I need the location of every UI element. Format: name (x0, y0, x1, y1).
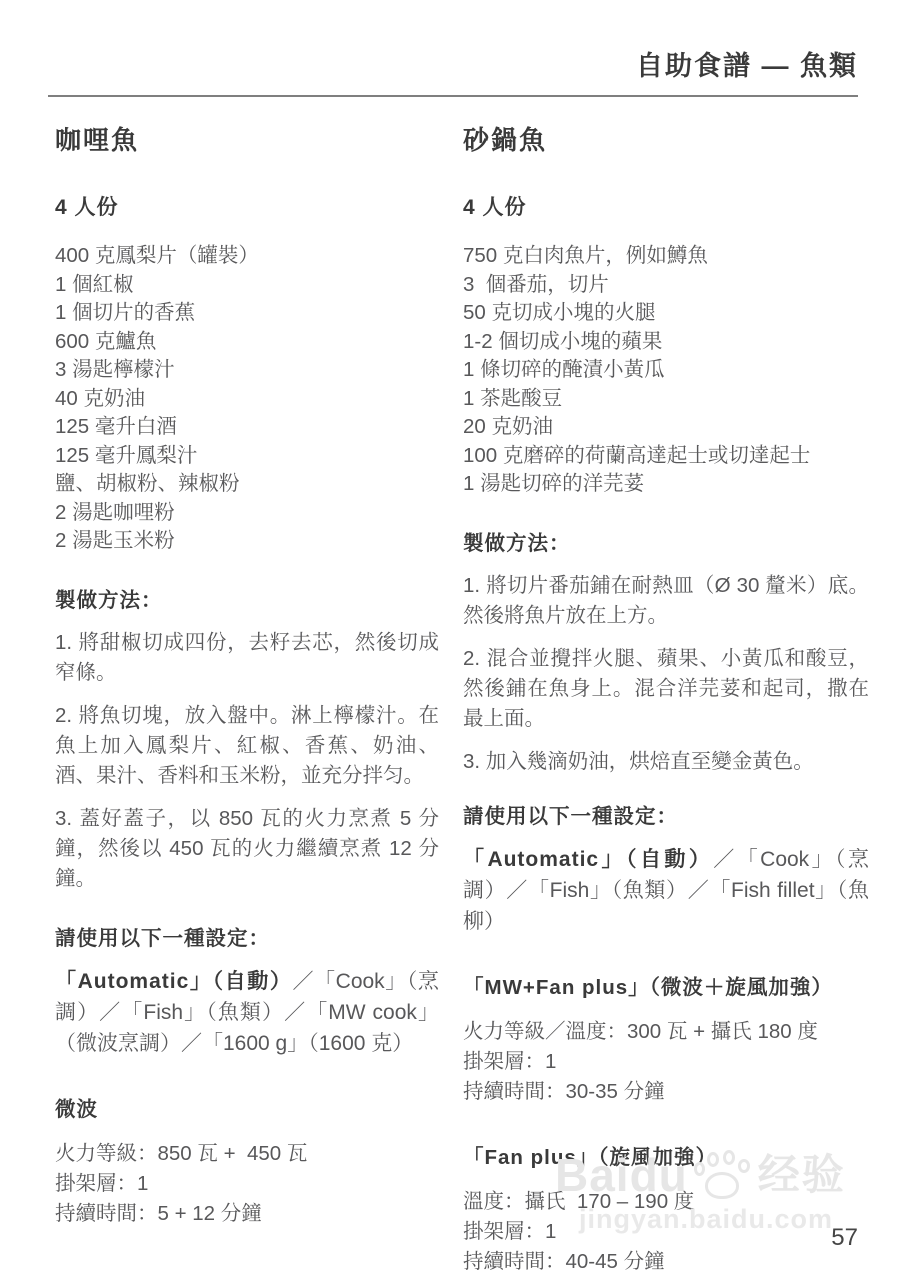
recipe-curry-fish: 咖哩魚 4 人份 400 克鳳梨片（罐裝）1 個紅椒1 個切片的香蕉600 克鱸… (55, 112, 439, 1277)
microwave-heading: 微波 (55, 1092, 439, 1122)
microwave-specs: 火力等級：850 瓦 + 450 瓦掛架層：1持續時間：5 + 12 分鐘 (55, 1139, 439, 1229)
method-step: 2. 將魚切塊，放入盤中。淋上檸檬汁。在魚上加入鳳梨片、紅椒、香蕉、奶油、酒、果… (55, 701, 439, 791)
method-step: 3. 蓋好蓋子，以 850 瓦的火力烹煮 5 分鐘，然後以 450 瓦的火力繼續… (55, 804, 439, 894)
mode-specs-mw-fan-plus: 火力等級／溫度：300 瓦 + 攝氏 180 度掛架層：1持續時間：30-35 … (463, 1017, 869, 1107)
method-step: 1. 將切片番茄鋪在耐熱皿（Ø 30 釐米）底。然後將魚片放在上方。 (463, 571, 869, 631)
watermark-url: jingyan.baidu.com (555, 1204, 875, 1235)
ingredient-line: 600 克鱸魚 (55, 328, 439, 357)
watermark-brand-text: Baidu (555, 1148, 688, 1202)
method-heading-left: 製做方法： (55, 583, 439, 613)
ingredient-line: 400 克鳳梨片（罐裝） (55, 242, 439, 271)
ingredient-line: 2 湯匙玉米粉 (55, 527, 439, 556)
recipe-title-left: 咖哩魚 (55, 120, 439, 157)
ingredient-list-left: 400 克鳳梨片（罐裝）1 個紅椒1 個切片的香蕉600 克鱸魚3 湯匙檸檬汁4… (55, 242, 439, 556)
ingredient-list-right: 750 克白肉魚片，例如鱒魚3 個番茄，切片50 克切成小塊的火腿1-2 個切成… (463, 242, 869, 499)
method-heading-right: 製做方法： (463, 526, 869, 556)
spec-line: 持續時間：30-35 分鐘 (463, 1077, 869, 1107)
servings-right: 4 人份 (463, 191, 869, 221)
ingredient-line: 125 毫升白酒 (55, 413, 439, 442)
ingredient-line: 2 湯匙咖哩粉 (55, 499, 439, 528)
mode-heading-mw-fan-plus: 「MW+Fan plus」（微波＋旋風加強） (463, 970, 869, 1000)
method-steps-right: 1. 將切片番茄鋪在耐熱皿（Ø 30 釐米）底。然後將魚片放在上方。2. 混合並… (463, 571, 869, 777)
spec-line: 持續時間：5 + 12 分鐘 (55, 1199, 439, 1229)
ingredient-line: 1 條切碎的醃漬小黃瓜 (463, 356, 869, 385)
ingredient-line: 750 克白肉魚片，例如鱒魚 (463, 242, 869, 271)
ingredient-line: 100 克磨碎的荷蘭高達起士或切達起士 (463, 442, 869, 471)
spec-line: 火力等級／溫度：300 瓦 + 攝氏 180 度 (463, 1017, 869, 1047)
recipe-title-right: 砂鍋魚 (463, 120, 869, 157)
recipe-page: 自助食譜 — 魚類 咖哩魚 4 人份 400 克鳳梨片（罐裝）1 個紅椒1 個切… (0, 0, 903, 1280)
settings-option-bold: 「Automatic」（自動） (55, 970, 292, 993)
recipe-casserole-fish: 砂鍋魚 4 人份 750 克白肉魚片，例如鱒魚3 個番茄，切片50 克切成小塊的… (463, 112, 869, 1277)
spec-line: 持續時間：40-45 分鐘 (463, 1247, 869, 1277)
ingredient-line: 3 個番茄，切片 (463, 271, 869, 300)
baidu-jingyan-watermark: Baidu 经验 jingyan.baidu.com (555, 1142, 875, 1235)
ingredient-line: 鹽、胡椒粉、辣椒粉 (55, 470, 439, 499)
ingredient-line: 20 克奶油 (463, 413, 869, 442)
spec-line: 掛架層：1 (463, 1047, 869, 1077)
spec-line: 火力等級：850 瓦 + 450 瓦 (55, 1139, 439, 1169)
method-steps-left: 1. 將甜椒切成四份，去籽去芯，然後切成窄條。2. 將魚切塊，放入盤中。淋上檸檬… (55, 628, 439, 894)
settings-options-left: 「Automatic」（自動）／「Cook」（烹調）／「Fish」（魚類）／「M… (55, 966, 439, 1059)
baidu-paw-icon (694, 1150, 752, 1202)
settings-heading-left: 請使用以下一種設定： (55, 921, 439, 951)
ingredient-line: 40 克奶油 (55, 385, 439, 414)
recipe-columns: 咖哩魚 4 人份 400 克鳳梨片（罐裝）1 個紅椒1 個切片的香蕉600 克鱸… (55, 112, 869, 1277)
spec-line: 掛架層：1 (55, 1169, 439, 1199)
ingredient-line: 1 個紅椒 (55, 271, 439, 300)
watermark-brand-cn: 经验 (758, 1142, 846, 1202)
ingredient-line: 1 湯匙切碎的洋芫荽 (463, 470, 869, 499)
method-step: 3. 加入幾滴奶油，烘焙直至變金黃色。 (463, 747, 869, 777)
settings-options-right: 「Automatic」（自動）／「Cook」（烹調）／「Fish」（魚類）／「F… (463, 844, 869, 937)
ingredient-line: 125 毫升鳳梨汁 (55, 442, 439, 471)
settings-heading-right: 請使用以下一種設定： (463, 799, 869, 829)
ingredient-line: 1-2 個切成小塊的蘋果 (463, 328, 869, 357)
method-step: 2. 混合並攪拌火腿、蘋果、小黃瓜和酸豆，然後鋪在魚身上。混合洋芫荽和起司，撒在… (463, 644, 869, 734)
ingredient-line: 50 克切成小塊的火腿 (463, 299, 869, 328)
ingredient-line: 1 茶匙酸豆 (463, 385, 869, 414)
settings-option-bold: 「Automatic」（自動） (463, 848, 713, 871)
ingredient-line: 3 湯匙檸檬汁 (55, 356, 439, 385)
page-number: 57 (831, 1224, 858, 1252)
method-step: 1. 將甜椒切成四份，去籽去芯，然後切成窄條。 (55, 628, 439, 688)
page-header-title: 自助食譜 — 魚類 (48, 44, 858, 97)
servings-left: 4 人份 (55, 191, 439, 221)
ingredient-line: 1 個切片的香蕉 (55, 299, 439, 328)
